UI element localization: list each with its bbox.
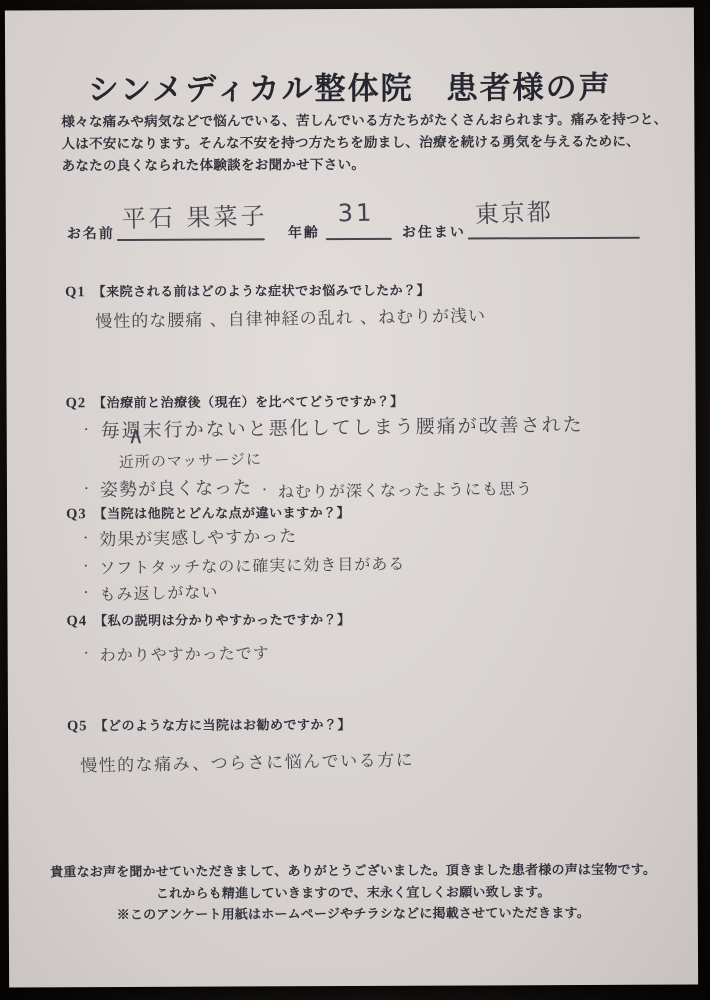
address-underline <box>468 237 640 240</box>
footer-line-3: ※このアンケート用紙はホームページやチラシなどに掲載させていただきます。 <box>9 901 698 926</box>
question-3-number: Q3 <box>66 506 87 522</box>
footer-line-1: 貴重なお声を聞かせていただきまして、ありがとうございました。頂きました患者様の声… <box>9 858 698 883</box>
question-4-number: Q4 <box>67 613 88 629</box>
footer-paragraph: 貴重なお声を聞かせていただきまして、ありがとうございました。頂きました患者様の声… <box>9 858 698 926</box>
question-2-insertion-handwritten: 近所のマッサージに <box>119 448 263 472</box>
question-2-answer-2-text: 姿勢が良くなった <box>100 477 252 501</box>
insertion-caret-mark: ∧ <box>128 423 144 449</box>
question-5-heading: Q5【どのような方に当院はお勧めですか？】 <box>67 714 351 735</box>
name-value-handwritten: 平石 果菜子 <box>121 196 267 234</box>
bullet-mark: ・ <box>80 560 92 573</box>
intro-line-3: あなたの良くなられた体験談をお聞かせ下さい。 <box>62 153 668 178</box>
question-2-answer-3-text: ねむりが深くなったようにも思う <box>278 479 533 501</box>
name-label: お名前 <box>67 223 115 243</box>
question-5-answer-handwritten: 慢性的な痛み、つらさに悩んでいる方に <box>80 745 414 776</box>
bullet-mark: ・ <box>80 586 92 599</box>
question-1-label: 【来院される前はどのような症状でお悩みでしたか？】 <box>93 283 431 299</box>
question-3-label: 【当院は他院とどんな点が違いますか？】 <box>94 505 351 521</box>
intro-paragraph: 様々な痛みや病気などで悩んでいる、苦しんでいる方たちがたくさんおられます。痛みを… <box>61 109 667 178</box>
question-2-answer-2-handwritten: ・姿勢が良くなった <box>81 473 252 502</box>
question-2-label: 【治療前と治療後（現在）を比べてどうですか？】 <box>93 394 404 410</box>
question-3-heading: Q3【当院は他院とどんな点が違いますか？】 <box>66 502 350 523</box>
questionnaire-sheet: シンメディカル整体院 患者様の声 様々な痛みや病気などで悩んでいる、苦しんでいる… <box>5 8 698 988</box>
bullet-mark: ・ <box>81 423 94 436</box>
question-2-answer-3-handwritten: ・ねむりが深くなったようにも思う <box>259 476 533 503</box>
bullet-mark: ・ <box>259 483 271 496</box>
question-3-answer-2-handwritten: ・ソフトタッチなのに確実に効き目がある <box>80 551 405 579</box>
age-value-handwritten: 31 <box>337 199 374 228</box>
address-label: お住まい <box>402 221 466 241</box>
question-2-number: Q2 <box>66 395 87 411</box>
question-4-answer-handwritten: ・わかりやすかったです <box>81 641 270 666</box>
address-value-handwritten: 東京都 <box>474 192 553 230</box>
question-1-heading: Q1【来院される前はどのような症状でお悩みでしたか？】 <box>65 280 430 302</box>
question-1-answer-handwritten: 慢性的な腰痛 、自律神経の乱れ 、ねむりが浅い <box>95 301 486 332</box>
intro-line-2: 人は不安になります。そんな不安を持つ方たちを励まし、治療を続ける勇気を与えるため… <box>61 131 667 156</box>
question-5-label: 【どのような方に当院はお勧めですか？】 <box>94 717 351 733</box>
intro-line-1: 様々な痛みや病気などで悩んでいる、苦しんでいる方たちがたくさんおられます。痛みを… <box>61 109 667 134</box>
question-2-heading: Q2【治療前と治療後（現在）を比べてどうですか？】 <box>66 391 404 412</box>
footer-line-2: これからも精進していきますので、末永く宜しくお願い致します。 <box>9 880 698 905</box>
page-title: シンメディカル整体院 患者様の声 <box>5 61 694 109</box>
question-4-answer-text: わかりやすかったです <box>100 644 270 665</box>
question-3-answer-1-handwritten: ・効果が実感しやすかった <box>80 522 297 551</box>
question-1-number: Q1 <box>65 284 86 300</box>
photo-backdrop: シンメディカル整体院 患者様の声 様々な痛みや病気などで悩んでいる、苦しんでいる… <box>0 0 710 1000</box>
question-2-answer-1-text: 毎週末行かないと悪化してしまう腰痛が改善された <box>101 414 584 442</box>
bullet-mark: ・ <box>81 647 93 660</box>
question-3-answer-2-text: ソフトタッチなのに確実に効き目がある <box>99 554 405 578</box>
age-underline <box>326 238 392 240</box>
age-label: 年齢 <box>288 222 320 242</box>
name-underline <box>117 238 265 241</box>
question-3-answer-1-text: 効果が実感しやすかった <box>99 527 297 551</box>
question-3-answer-3-text: もみ返しがない <box>99 582 218 604</box>
bullet-mark: ・ <box>81 482 93 495</box>
question-2-answer-1-handwritten: ・毎週末行かないと悪化してしまう腰痛が改善された <box>81 410 584 444</box>
question-4-heading: Q4【私の説明は分かりやすかったですか？】 <box>66 609 350 630</box>
question-4-label: 【私の説明は分かりやすかったですか？】 <box>94 612 351 628</box>
question-5-number: Q5 <box>67 718 88 734</box>
question-3-answer-3-handwritten: ・もみ返しがない <box>80 579 218 605</box>
bullet-mark: ・ <box>80 531 92 544</box>
